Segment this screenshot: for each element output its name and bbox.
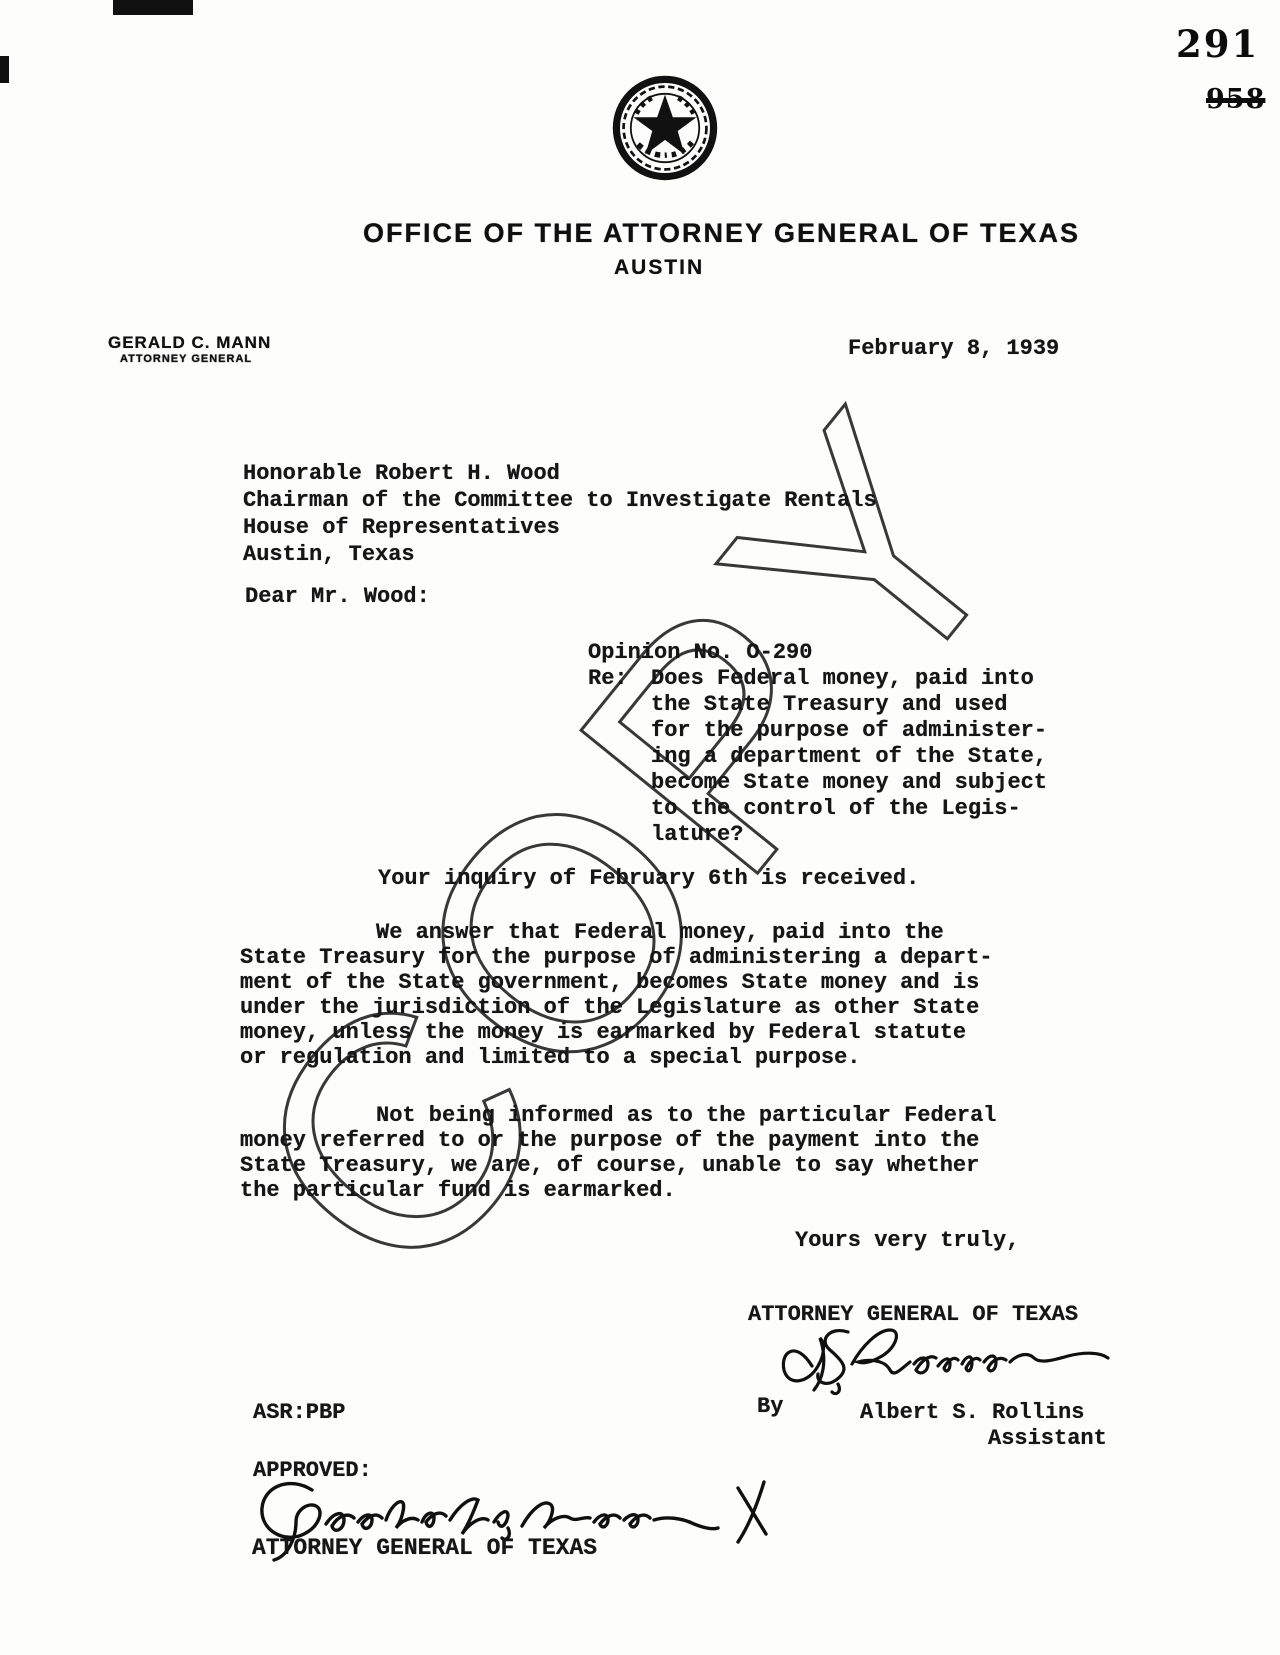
re-subject-line: become State money and subject xyxy=(651,770,1047,796)
salutation: Dear Mr. Wood: xyxy=(245,584,430,609)
re-subject-line: ing a department of the State, xyxy=(651,744,1047,770)
body-line: State Treasury, we are, of course, unabl… xyxy=(240,1153,997,1178)
recipient-address: Honorable Robert H. Wood Chairman of the… xyxy=(243,460,877,568)
recipient-line: Chairman of the Committee to Investigate… xyxy=(243,487,877,514)
signer-title: Assistant xyxy=(988,1426,1107,1451)
body-paragraph-1: Your inquiry of February 6th is received… xyxy=(240,866,919,891)
re-label: Re: xyxy=(588,666,628,691)
page-number: 291 xyxy=(1176,22,1259,66)
official-name: GERALD C. MANN xyxy=(108,333,271,353)
scan-artifact-mark xyxy=(0,56,9,83)
signer-name: Albert S. Rollins xyxy=(860,1400,1084,1425)
body-line: We answer that Federal money, paid into … xyxy=(240,920,993,945)
recipient-line: House of Representatives xyxy=(243,514,877,541)
body-line: the particular fund is earmarked. xyxy=(240,1178,997,1203)
body-line: money referred to or the purpose of the … xyxy=(240,1128,997,1153)
body-line: State Treasury for the purpose of admini… xyxy=(240,945,993,970)
body-line: money, unless the money is earmarked by … xyxy=(240,1020,993,1045)
letterhead-city-line: AUSTIN xyxy=(614,256,704,280)
re-subject-line: the State Treasury and used xyxy=(651,692,1047,718)
re-subject-line: for the purpose of administer- xyxy=(651,718,1047,744)
body-line: Not being informed as to the particular … xyxy=(240,1103,997,1128)
valediction: Yours very truly, xyxy=(795,1228,1019,1253)
date-line: February 8, 1939 xyxy=(848,336,1059,361)
recipient-line: Austin, Texas xyxy=(243,541,877,568)
document-page: 291 958 COPY OFFICE OF THE ATTORNEY GENE… xyxy=(0,0,1280,1655)
letterhead-office-line: OFFICE OF THE ATTORNEY GENERAL OF TEXAS xyxy=(363,218,1080,249)
body-line: ment of the State government, becomes St… xyxy=(240,970,993,995)
body-paragraph-3: Not being informed as to the particular … xyxy=(240,1103,997,1203)
rollins-signature xyxy=(778,1318,1118,1396)
body-line: or regulation and limited to a special p… xyxy=(240,1045,993,1070)
texas-state-seal-icon xyxy=(611,74,719,182)
re-subject-line: lature? xyxy=(651,822,1047,848)
body-line: under the jurisdiction of the Legislatur… xyxy=(240,995,993,1020)
page-number-struck-out: 958 xyxy=(1206,84,1265,115)
re-subject-line: to the control of the Legis- xyxy=(651,796,1047,822)
approver-office-line: ATTORNEY GENERAL OF TEXAS xyxy=(252,1536,597,1561)
opinion-number: Opinion No. O-290 xyxy=(588,640,812,665)
re-subject-line: Does Federal money, paid into xyxy=(651,666,1047,692)
official-title: ATTORNEY GENERAL xyxy=(120,353,252,365)
scan-artifact-mark xyxy=(113,0,193,15)
reference-initials: ASR:PBP xyxy=(253,1400,345,1425)
recipient-line: Honorable Robert H. Wood xyxy=(243,460,877,487)
body-paragraph-2: We answer that Federal money, paid into … xyxy=(240,920,993,1070)
re-subject: Does Federal money, paid into the State … xyxy=(651,666,1047,848)
by-label: By xyxy=(757,1394,783,1419)
